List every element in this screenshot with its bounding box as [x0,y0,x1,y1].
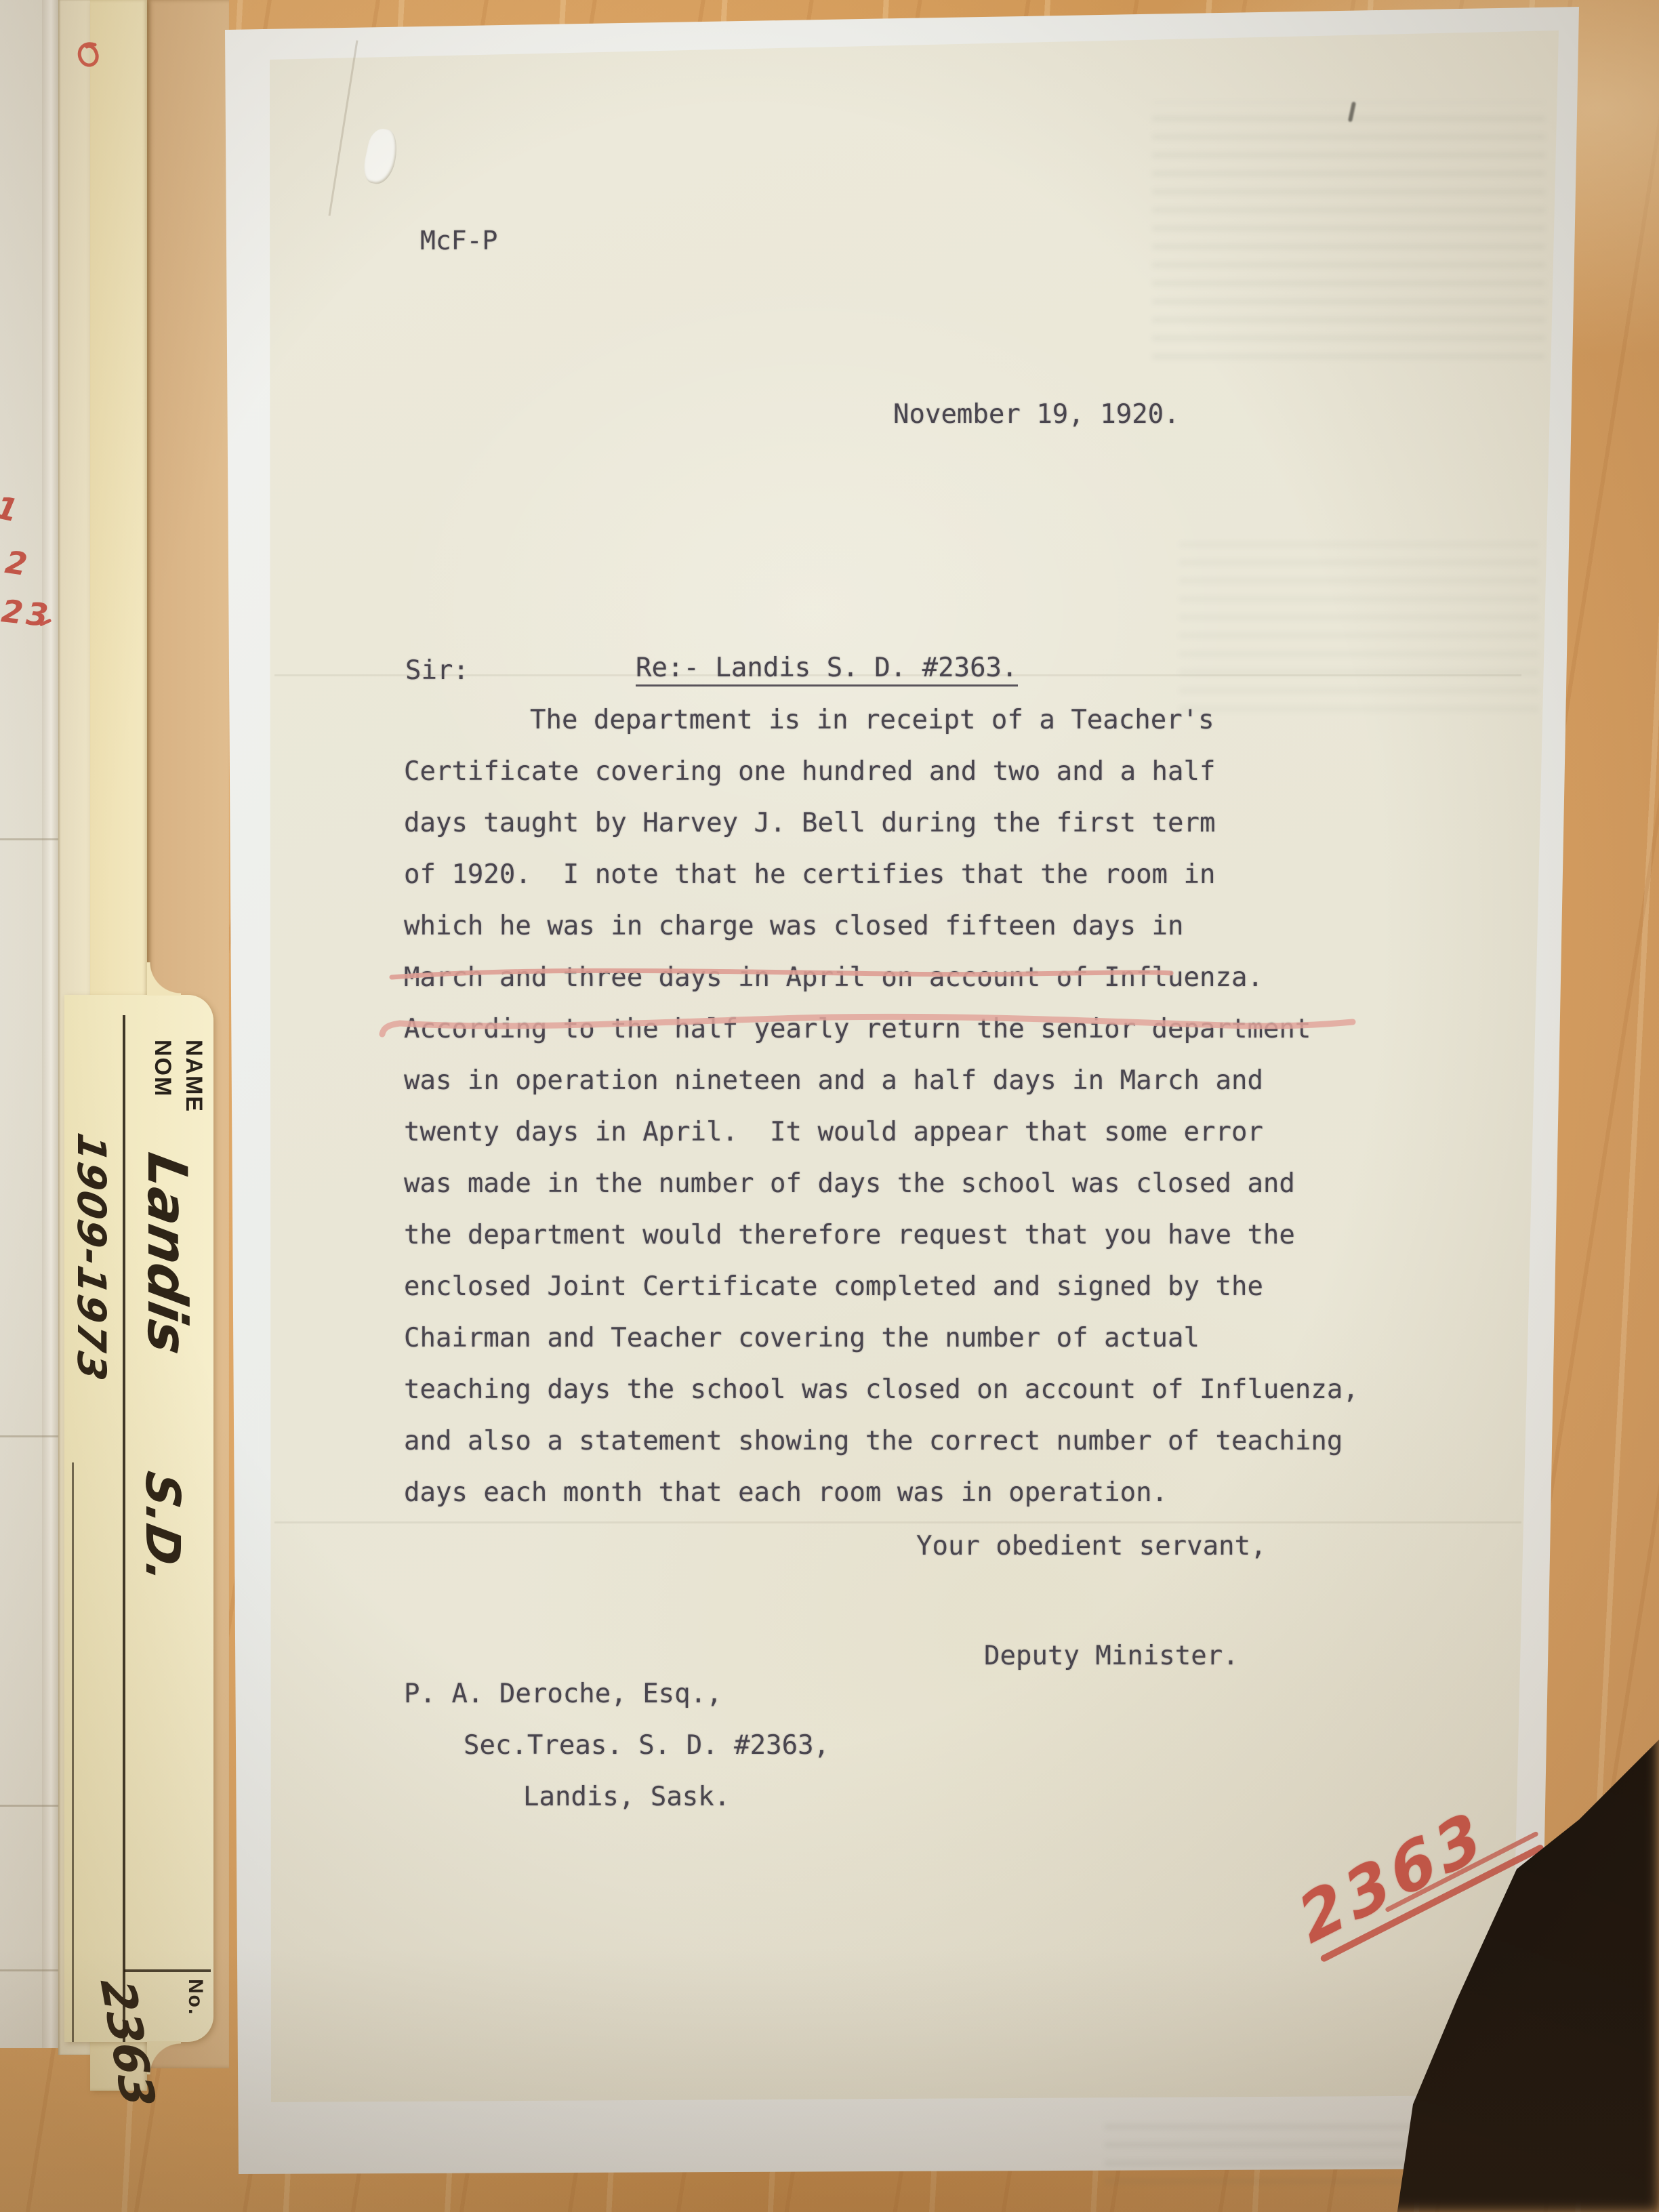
tab-number-label: No. [184,1979,207,2015]
letter-body-line: days taught by Harvey J. Bell during the… [404,808,1420,859]
tab-name-suffix: S.D. [135,1468,190,1587]
paper-stack-edge [0,0,42,2048]
paper-edge-crease [0,1435,58,1437]
letter-body-line: teaching days the school was closed on a… [404,1374,1420,1426]
letter-body-line: days each month that each room was in op… [404,1477,1420,1529]
paper-stack-edge [42,0,58,2048]
red-squiggle-mark [75,41,106,75]
ink-bleedthrough [1179,542,1538,712]
letter-body-line: Chairman and Teacher covering the number… [404,1323,1420,1374]
letter-body-line: was made in the number of days the schoo… [404,1168,1420,1220]
letter-body: The department is in receipt of a Teache… [404,705,1420,1529]
tab-name-value: Landis [136,1149,199,1359]
letter-subject: Re:- Landis S. D. #2363. [636,655,1018,687]
paper-edge-crease [0,1969,58,1971]
tab-name-label-fr: NOM [149,1040,176,1097]
letter-body-line: twenty days in April. It would appear th… [404,1117,1420,1168]
folder-tab-curve [147,962,181,996]
letter-body-line: The department is in receipt of a Teache… [404,705,1420,756]
letter-closing: Your obedient servant, [916,1533,1267,1559]
paper-edge-crease [0,1805,58,1807]
tab-writing-line [123,1015,125,2042]
letter-file-ref: McF-P [420,228,497,253]
paper-edge-crease [0,838,58,840]
letter-body-line: was in operation nineteen and a half day… [404,1065,1420,1117]
letter-body-line: of 1920. I note that he certifies that t… [404,859,1420,911]
tab-years: 1909-1973 [68,1130,115,1385]
tab-writing-line [72,1462,74,2042]
letter-salutation: Sir: [405,657,469,684]
tab-number-divider [124,1969,211,1972]
letter-body-line: and also a statement showing the correct… [404,1426,1420,1477]
red-page-number: 23 [0,592,54,634]
folder-tab-content: NAME NOM Landis S.D. 1909-1973 No. 2363 [64,995,213,2042]
letter-body-line: enclosed Joint Certificate completed and… [404,1271,1420,1323]
letter-body-line: Certificate covering one hundred and two… [404,756,1420,808]
letter-recipient-line: Landis, Sask. [523,1784,730,1810]
letter-recipient-line: P. A. Deroche, Esq., [404,1681,722,1707]
red-pencil-underline [380,954,1382,1049]
tab-name-label-en: NAME [180,1040,207,1113]
letter-signer-title: Deputy Minister. [984,1643,1239,1669]
letter-body-line: the department would therefore request t… [404,1220,1420,1271]
ink-bleedthrough [1152,102,1545,359]
archival-photo: 1 2 23 McF-P November 19, 1920. Sir: Re:… [0,0,1659,2212]
letter-date: November 19, 1920. [893,401,1180,428]
letter-recipient-line: Sec.Treas. S. D. #2363, [464,1732,829,1759]
